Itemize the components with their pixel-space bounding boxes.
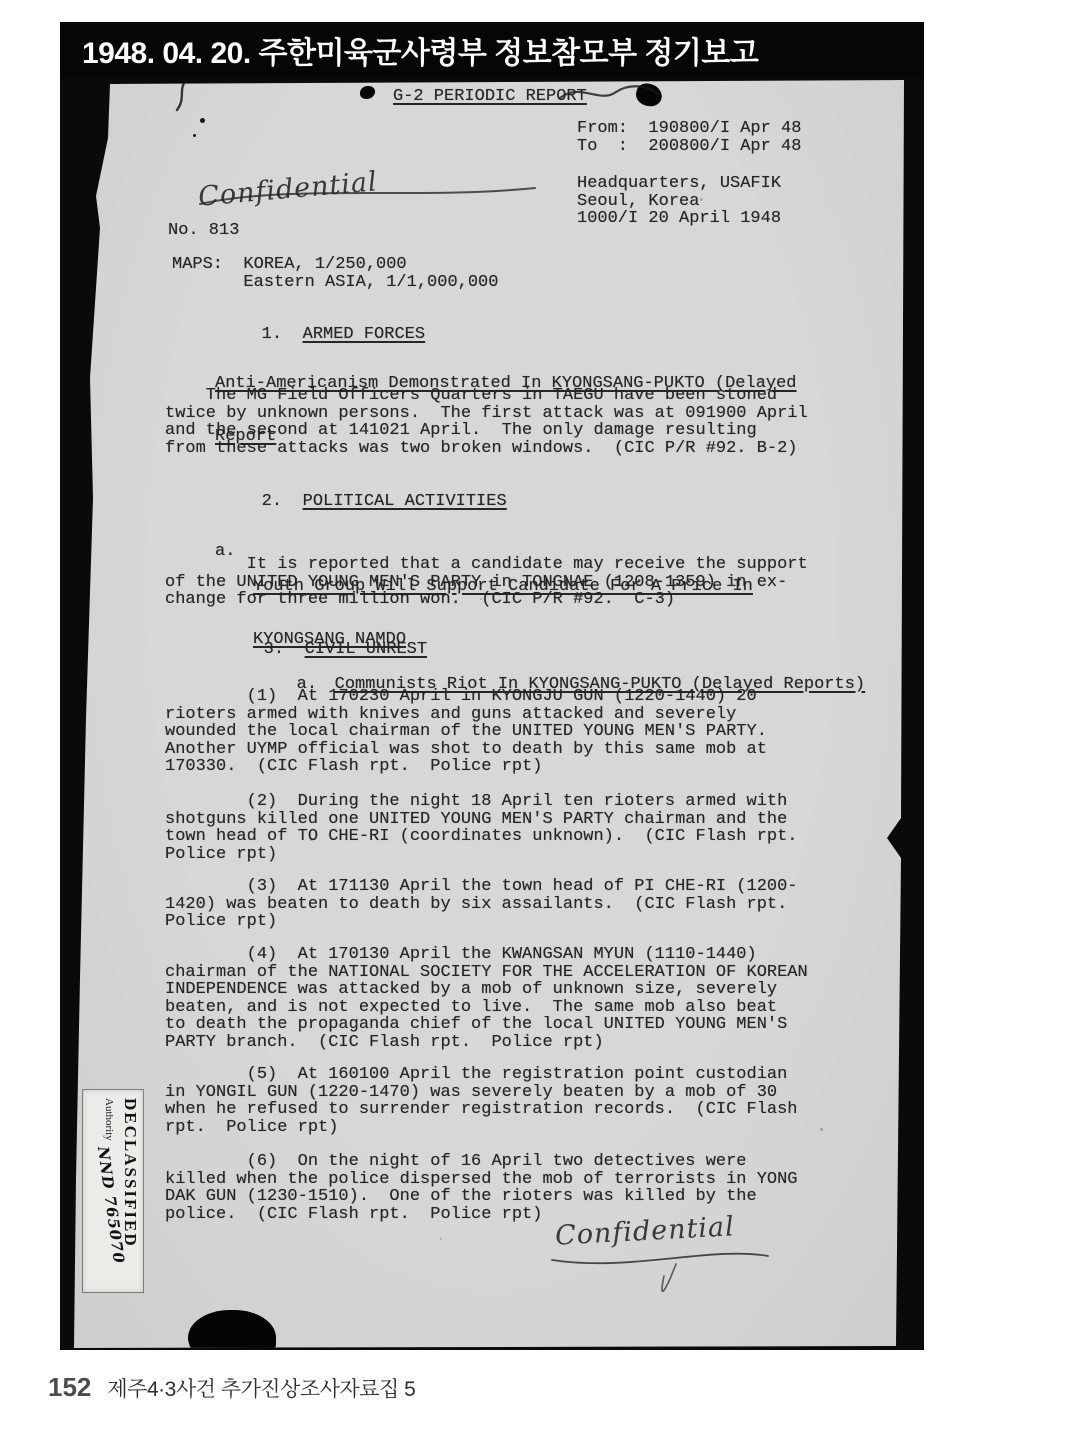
book-caption: 제주4·3사건 추가진상조사자료집 5 bbox=[107, 1373, 415, 1403]
paragraph-riot-5: (5) At 160100 April the registration poi… bbox=[165, 1066, 798, 1136]
declassified-stamp-label: DECLASSIFIED AuthorityNND 765070 bbox=[83, 1090, 143, 1292]
document-body: G-2 PERIODIC REPORT From: 190800/I Apr 4… bbox=[60, 78, 924, 1350]
page: { "header": { "title": "1948. 04. 20. 주한… bbox=[0, 0, 1080, 1439]
book-footer: 152 제주4·3사건 추가진상조사자료집 5 bbox=[48, 1372, 415, 1403]
header-title: 1948. 04. 20. 주한미육군사령부 정보참모부 정기보고 bbox=[60, 28, 758, 72]
issuer-block: Headquarters, USAFIK Seoul, Korea 1000/I… bbox=[577, 175, 781, 228]
paragraph-riot-2: (2) During the night 18 April ten rioter… bbox=[165, 793, 798, 863]
header-bar: 1948. 04. 20. 주한미육군사령부 정보참모부 정기보고 bbox=[60, 22, 924, 78]
document-scan: G-2 PERIODIC REPORT From: 190800/I Apr 4… bbox=[60, 78, 924, 1350]
paragraph-political: It is reported that a candidate may rece… bbox=[165, 556, 808, 609]
stamp-authority: AuthorityNND 765070 bbox=[102, 1098, 120, 1284]
paragraph-riot-1: (1) At 170230 April in KYONGJU GUN (1220… bbox=[165, 688, 767, 776]
declassified-stamp: DECLASSIFIED AuthorityNND 765070 bbox=[83, 1090, 143, 1292]
document-paper: G-2 PERIODIC REPORT From: 190800/I Apr 4… bbox=[60, 78, 924, 1350]
page-number: 152 bbox=[48, 1372, 91, 1403]
maps-block: MAPS: KOREA, 1/250,000 Eastern ASIA, 1/1… bbox=[172, 256, 498, 291]
paragraph-riot-4: (4) At 170130 April the KWANGSAN MYUN (1… bbox=[165, 946, 808, 1051]
paragraph-armed-forces: The MG Field Officers Quarters in TAEGU … bbox=[165, 387, 808, 457]
section-number: 3. bbox=[264, 641, 305, 659]
doc-title: G-2 PERIODIC REPORT bbox=[393, 88, 587, 106]
stamp-authority-label: Authority bbox=[103, 1098, 115, 1141]
section-title: CIVIL UNREST bbox=[305, 640, 427, 659]
paragraph-riot-3: (3) At 171130 April the town head of PI … bbox=[165, 878, 798, 931]
report-period: From: 190800/I Apr 48 To : 200800/I Apr … bbox=[577, 120, 801, 155]
report-number: No. 813 bbox=[168, 222, 239, 240]
